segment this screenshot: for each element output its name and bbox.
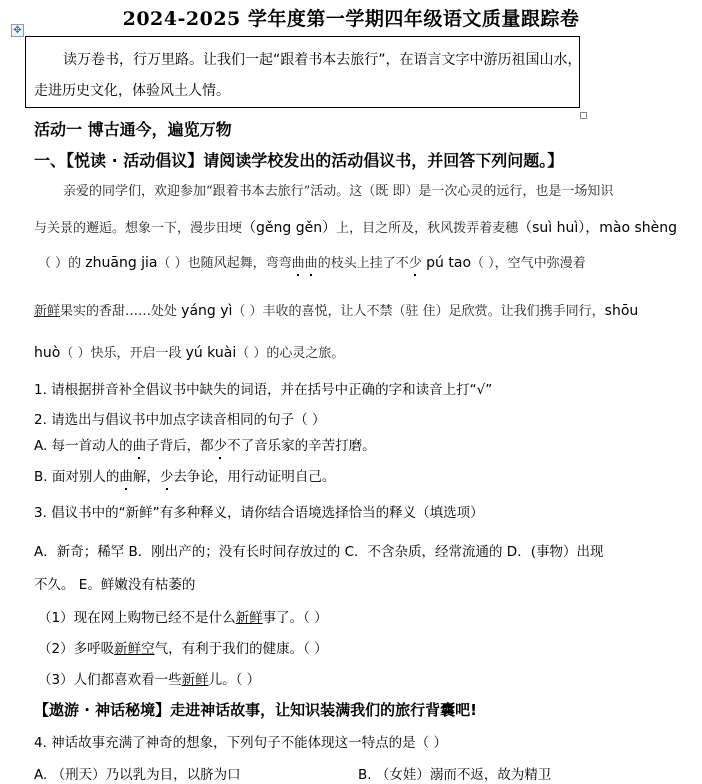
myth-section-heading: 【遨游 · 神话秘境】走进神话故事，让知识装满我们的旅行背囊吧! xyxy=(34,699,477,720)
letter-line-1: 亲爱的同学们，欢迎参加“跟着书本去旅行”活动。这（既 即）是一次心灵的远行，也是… xyxy=(63,180,613,199)
question-4-option-a: A. （刑天）乃以乳为目，以脐为口 xyxy=(34,763,241,783)
option-text: B. 面对别人的 xyxy=(34,469,119,485)
letter-text: （ ）的心灵之旅。 xyxy=(236,346,344,361)
emphasis-char: 曲 xyxy=(292,256,305,271)
letter-text: 的枝头上挂了不 xyxy=(318,256,409,271)
question-2-option-b: B. 面对别人的曲解，少去争论，用行动证明自己。 xyxy=(34,465,335,485)
emphasis-char: 曲 xyxy=(305,256,318,271)
sentence-text: （2）多呼吸 xyxy=(38,641,114,657)
sentence-text: 儿。（ ） xyxy=(209,672,261,688)
letter-line-2: 与关景的邂逅。想象一下，漫步田埂（gěng gěn）上，目之所及，秋风拨弄着麦穗… xyxy=(34,217,677,237)
pinyin: yáng yì xyxy=(181,303,232,319)
option-text: A. 每一首动人的 xyxy=(34,438,133,454)
letter-text: （ ）也随风起舞，弯弯 xyxy=(158,256,292,271)
underlined-word: 新鲜 xyxy=(34,304,60,319)
activity-heading: 活动一 博古通今，遍览万物 xyxy=(34,117,232,140)
option-text: 去争论，用行动证明自己。 xyxy=(173,469,335,485)
letter-line-3: （ ）的 zhuāng jia（ ）也随风起舞，弯弯曲曲的枝头上挂了不少 pú … xyxy=(38,252,586,271)
sentence-text: （1）现在网上购物已经不是什么 xyxy=(38,610,236,626)
sentence-text: 气，有利于我们的健康。（ ） xyxy=(155,641,328,657)
question-3-options-line-2: 不久。 E。鲜嫩没有枯萎的 xyxy=(34,573,195,593)
letter-text: （ ）快乐，开启一段 xyxy=(60,346,185,361)
question-4-option-b: B. （女娃）溺而不返，故为精卫 xyxy=(358,763,551,783)
letter-text: 上，目之所及，秋风拨弄着麦穗 xyxy=(336,221,518,236)
question-3-options-line-1: A．新奇；稀罕 B．刚出产的；没有长时间存放过的 C．不含杂质，经常流通的 D．… xyxy=(34,540,603,560)
pinyin: （gěng gěn） xyxy=(242,220,336,236)
letter-line-4: 新鲜果实的香甜……处处 yáng yì（ ）丰收的喜悦，让人不禁（驻 住）足欣赏… xyxy=(34,300,638,319)
emphasis-char: 少 xyxy=(160,469,174,485)
pinyin: pú tao xyxy=(422,255,471,271)
pinyin: （suì huì），mào shèng xyxy=(518,220,677,236)
letter-text: 与关景的邂逅。想象一下，漫步田埂 xyxy=(34,221,242,236)
question-3-sentence-1: （1）现在网上购物已经不是什么新鲜事了。（ ） xyxy=(38,606,328,626)
emphasis-char: 曲 xyxy=(119,469,133,485)
move-icon[interactable]: ✥ xyxy=(11,24,24,37)
page-title: 2024-2025 学年度第一学期四年级语文质量跟踪卷 xyxy=(0,4,702,31)
question-3: 3. 倡议书中的“新鲜”有多种释义，请你结合语境选择恰当的释义（填选项） xyxy=(34,501,484,521)
question-2: 2. 请选出与倡议书中加点字读音相同的句子（ ） xyxy=(34,408,325,428)
question-3-sentence-3: （3）人们都喜欢看一些新鲜儿。（ ） xyxy=(38,668,260,688)
underlined-word: 新鲜 xyxy=(182,672,209,688)
section-heading: 一、【悦读 · 活动倡议】请阅读学校发出的活动倡议书，并回答下列问题。】 xyxy=(34,148,563,171)
question-3-sentence-2: （2）多呼吸新鲜空气，有利于我们的健康。（ ） xyxy=(38,637,328,657)
sentence-text: 事了。（ ） xyxy=(263,610,328,626)
sentence-text: （3）人们都喜欢看一些 xyxy=(38,672,182,688)
letter-text: （ ），空气中弥漫着 xyxy=(471,256,586,271)
emphasis-char: 少 xyxy=(409,256,422,271)
emphasis-char: 少 xyxy=(214,438,228,454)
question-1: 1. 请根据拼音补全倡议书中缺失的词语，并在括号中正确的字和读音上打“√” xyxy=(34,378,492,398)
option-text: 不了音乐家的辛苦打磨。 xyxy=(227,438,376,454)
question-4: 4. 神话故事充满了神奇的想象，下列句子不能体现这一特点的是（ ） xyxy=(34,731,447,751)
intro-line-2: 走进历史文化，体验风土人情。 xyxy=(34,80,230,100)
pinyin: huò xyxy=(34,345,60,361)
pinyin: zhuāng jia xyxy=(85,255,157,271)
pinyin: shōu xyxy=(605,303,639,319)
question-2-option-a: A. 每一首动人的曲子背后，都少不了音乐家的辛苦打磨。 xyxy=(34,434,376,454)
letter-line-5: huò（ ）快乐，开启一段 yú kuài（ ）的心灵之旅。 xyxy=(34,342,344,361)
pinyin: yú kuài xyxy=(186,345,237,361)
letter-text: （ ）的 xyxy=(38,256,85,271)
option-text: 解， xyxy=(133,469,160,485)
intro-line-1: 读万卷书，行万里路。让我们一起“跟着书本去旅行”，在语言文字中游历祖国山水， xyxy=(63,49,582,69)
resize-handle[interactable] xyxy=(580,112,587,119)
letter-text: 果实的香甜……处处 xyxy=(60,304,181,319)
underlined-word: 新鲜空 xyxy=(114,641,155,657)
underlined-word: 新鲜 xyxy=(236,610,263,626)
letter-text: （ ）丰收的喜悦，让人不禁（驻 住）足欣赏。让我们携手同行， xyxy=(232,304,604,319)
emphasis-char: 曲 xyxy=(133,438,147,454)
option-text: 子背后，都 xyxy=(146,438,214,454)
